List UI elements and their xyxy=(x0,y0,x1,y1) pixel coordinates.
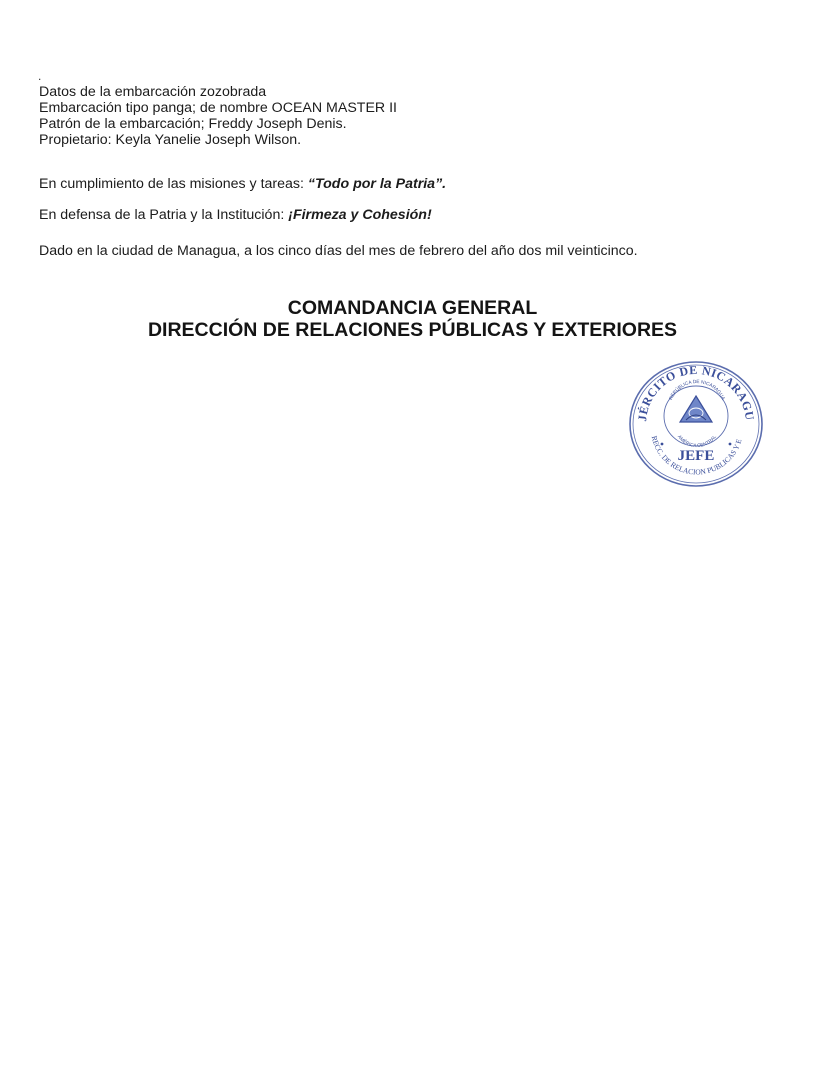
vessel-details-title: Datos de la embarcación zozobrada xyxy=(39,84,397,100)
svg-text:JEFE: JEFE xyxy=(678,448,715,464)
signature-block: COMANDANCIA GENERAL DIRECCIÓN DE RELACIO… xyxy=(0,297,825,341)
triangle-emblem-icon xyxy=(680,396,712,422)
vessel-details: Datos de la embarcación zozobrada Embarc… xyxy=(39,84,397,148)
defense-prefix: En defensa de la Patria y la Institución… xyxy=(39,207,288,223)
vessel-captain-line: Patrón de la embarcación; Freddy Joseph … xyxy=(39,116,397,132)
signature-line-2: DIRECCIÓN DE RELACIONES PÚBLICAS Y EXTER… xyxy=(0,319,825,341)
document-page: . Datos de la embarcación zozobrada Emba… xyxy=(0,0,825,1068)
seal-stamp-icon: EJÉRCITO DE NICARAGUA DIRECC. DE RELACIO… xyxy=(626,358,766,490)
date-line: Dado en la ciudad de Managua, a los cinc… xyxy=(39,243,638,259)
mission-prefix: En cumplimiento de las misiones y tareas… xyxy=(39,176,308,192)
mission-motto: “Todo por la Patria”. xyxy=(308,176,446,192)
defense-motto: ¡Firmeza y Cohesión! xyxy=(288,207,431,223)
signature-line-1: COMANDANCIA GENERAL xyxy=(0,297,825,319)
svg-text:AMÉRICA CENTRAL: AMÉRICA CENTRAL xyxy=(676,434,718,449)
leading-mark: . xyxy=(38,70,41,82)
official-seal: EJÉRCITO DE NICARAGUA DIRECC. DE RELACIO… xyxy=(626,358,766,490)
vessel-owner-line: Propietario: Keyla Yanelie Joseph Wilson… xyxy=(39,132,397,148)
mission-line: En cumplimiento de las misiones y tareas… xyxy=(39,176,446,192)
defense-line: En defensa de la Patria y la Institución… xyxy=(39,207,432,223)
vessel-type-line: Embarcación tipo panga; de nombre OCEAN … xyxy=(39,100,397,116)
